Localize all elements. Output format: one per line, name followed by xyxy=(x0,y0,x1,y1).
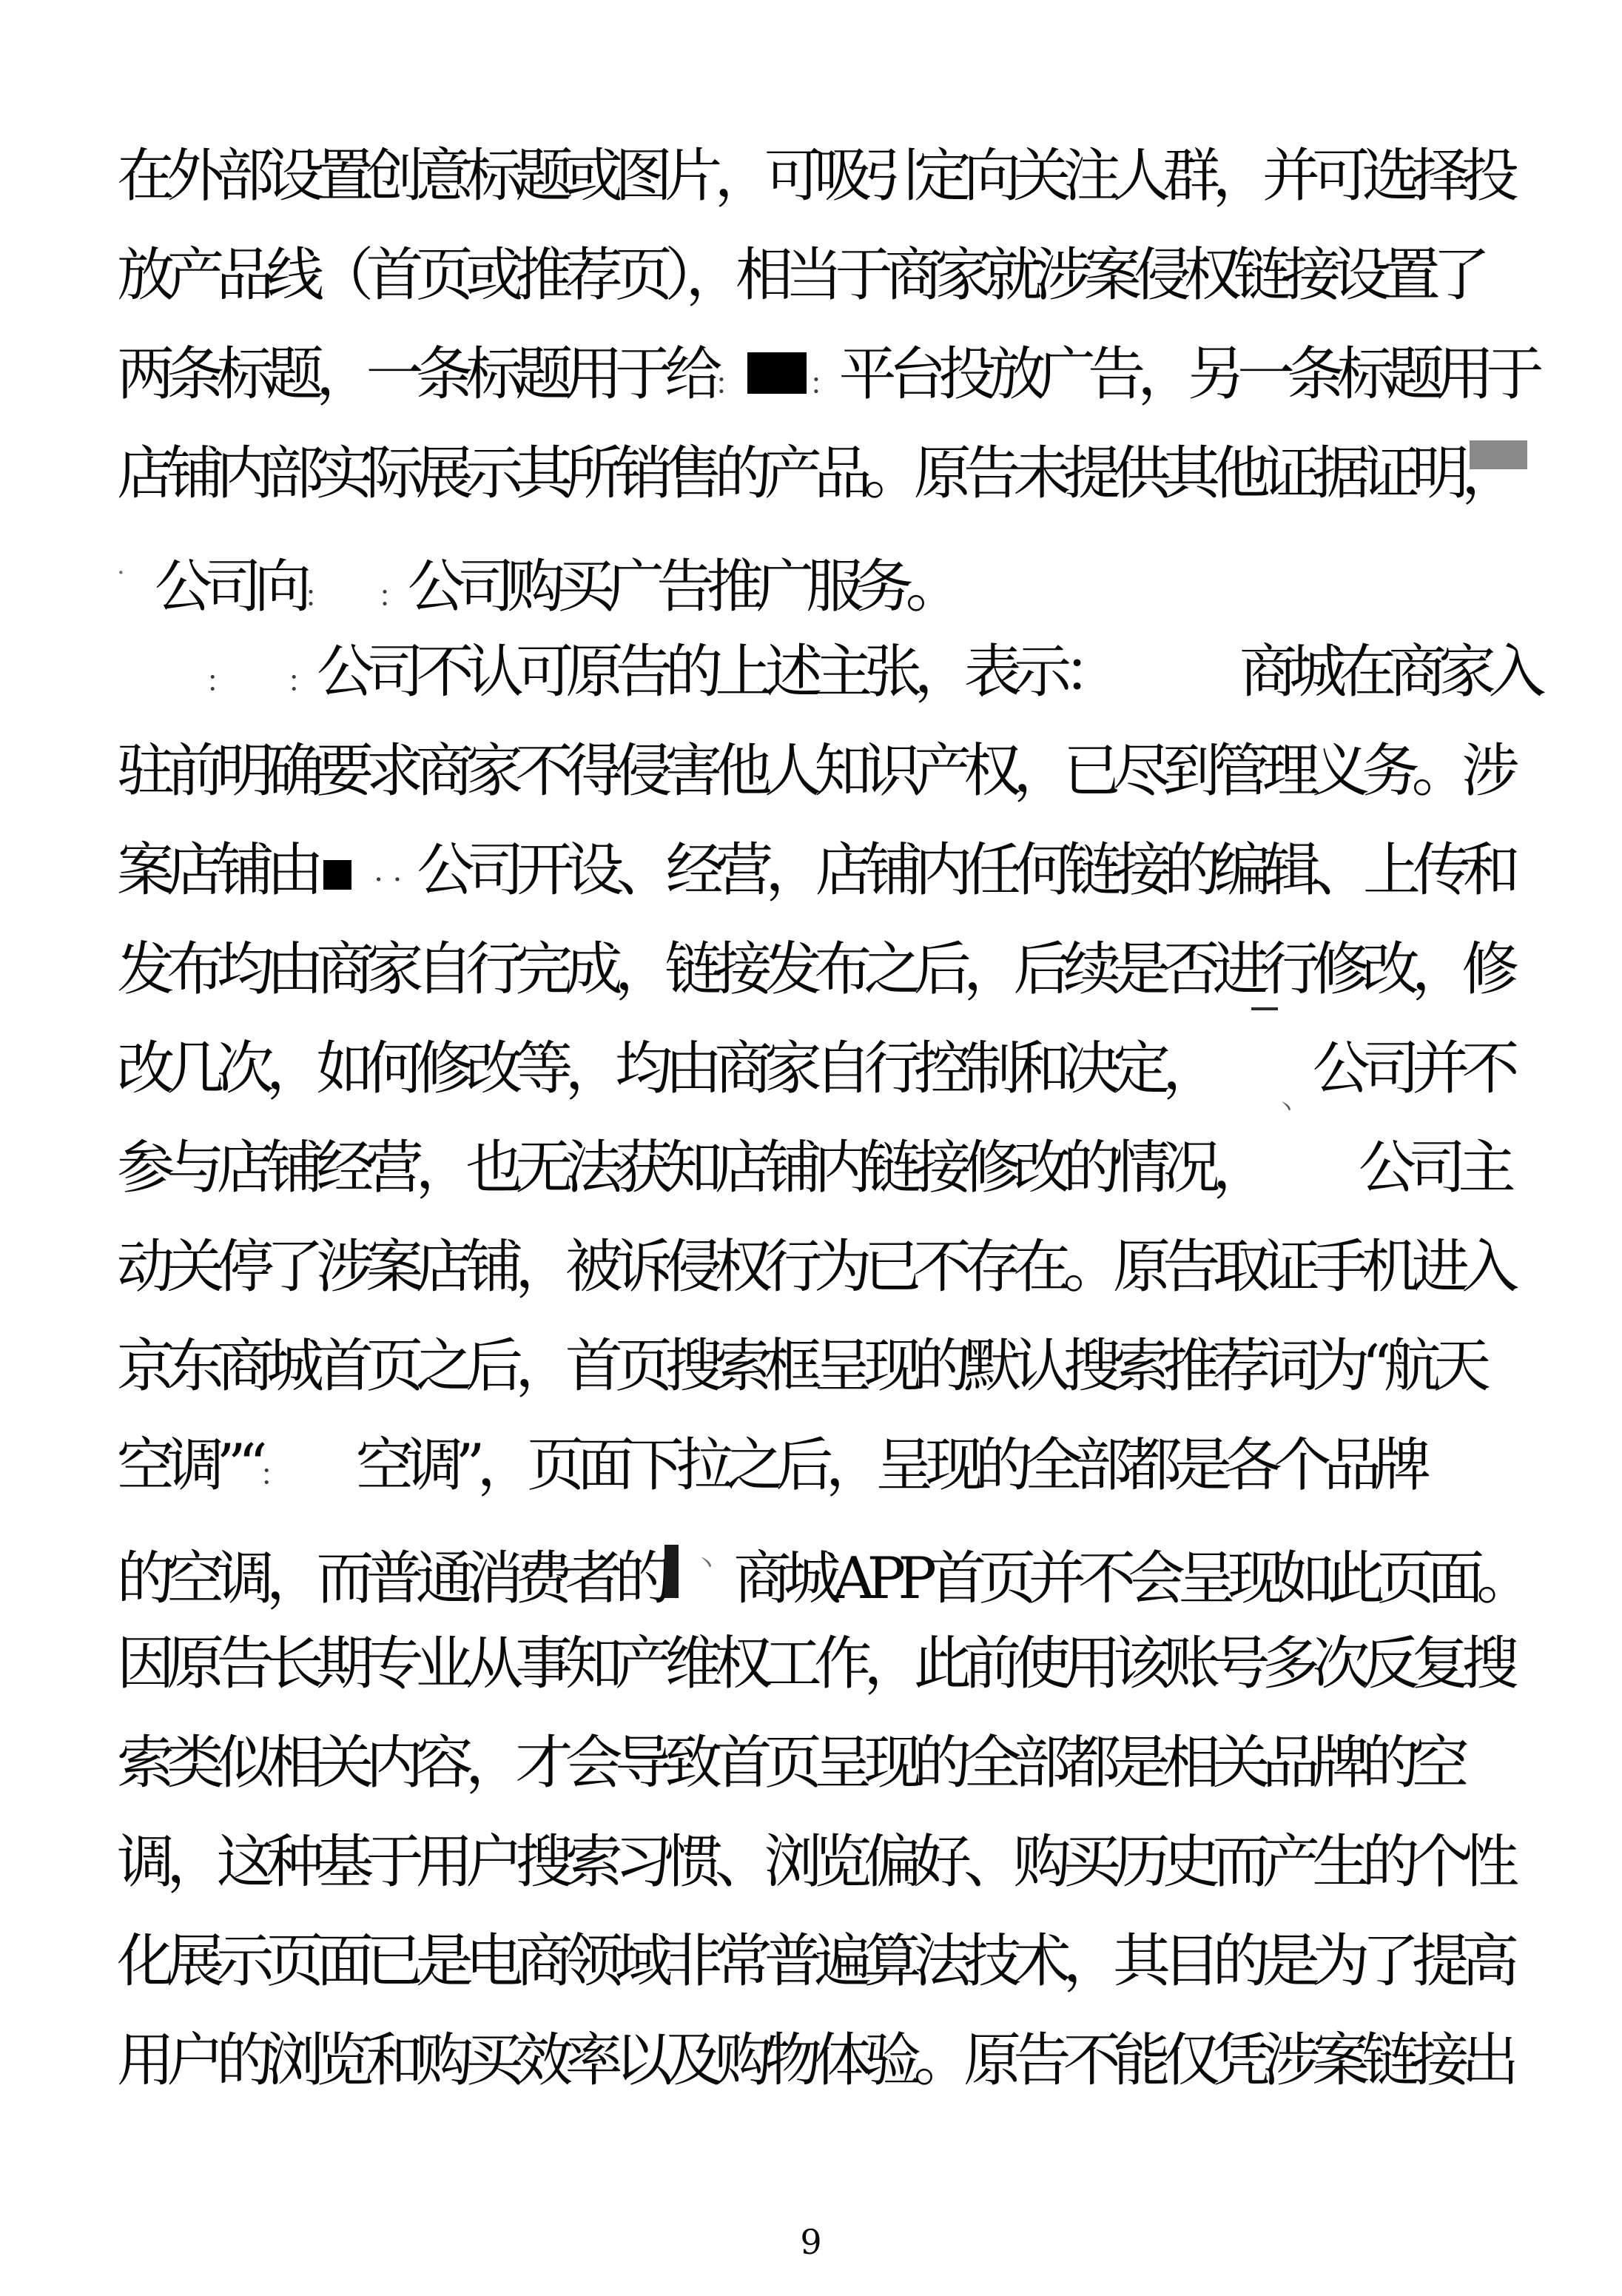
redacted-gap xyxy=(1262,1186,1359,1187)
paragraph-indent xyxy=(117,691,206,691)
redaction-box-gray xyxy=(1470,440,1527,469)
line-segment: 改几次，如何修改等，均由商家自行控制和决定， xyxy=(117,1035,1213,1102)
redacted-gap xyxy=(679,1597,693,1598)
text-line-5: ·公司向：：公司购买广告推广服务。 xyxy=(117,523,1511,622)
redaction-box-black xyxy=(747,352,807,394)
line-segment: 空调”，页面下拉之后，呈现的全部都是各个品牌 xyxy=(356,1432,1423,1499)
line-segment: 商城在商家入 xyxy=(1239,639,1538,705)
text-line-10: 改几次，如何修改等，均由商家自行控制和决定，公司并不 xyxy=(117,1019,1511,1118)
scan-artifact-dots: · · xyxy=(374,830,402,930)
text-line-14: 空调”“：空调”，页面下拉之后，呈现的全部都是各个品牌 xyxy=(117,1416,1511,1515)
redacted-gap xyxy=(402,889,417,890)
text-line-3: 两条标题，一条标题用于给：：平台投放广告，另一条标题用于 xyxy=(117,325,1511,424)
scan-artifact-colon: ： xyxy=(260,1426,289,1525)
line-segment: 参与店铺经营，也无法获知店铺内链接修改的情况， xyxy=(117,1135,1262,1201)
redacted-gap xyxy=(235,691,287,691)
line-segment: 平台投放广告，另一条标题用于 xyxy=(839,341,1536,408)
redacted-gap xyxy=(125,605,155,606)
stray-dash-mark xyxy=(1251,1007,1278,1010)
redaction-square-black xyxy=(323,860,351,890)
text-line-4: 店铺内部实际展示其所销售的产品。原告未提供其他证据证明， xyxy=(117,424,1511,523)
scan-artifact-colon: ： xyxy=(715,335,744,434)
page-number: 9 xyxy=(0,2222,1622,2262)
line-segment: 的空调，而普通消费者的 xyxy=(117,1545,664,1612)
document-page: 在外部设置创意标题或图片，可吸引定向关注人群，并可选择投 放产品线（首页或推荐页… xyxy=(0,0,1622,2296)
text-line-8: 案店铺由· ·公司开设、经营，店铺内任何链接的编辑、上传和 xyxy=(117,821,1511,920)
line-segment: 公司不认可原告的上述主张，表示： xyxy=(317,639,1114,705)
line-segment: 公司并不 xyxy=(1313,1035,1512,1102)
text-line-12: 动关停了涉案店铺，被诉侵权行为已不存在。原告取证手机进入 xyxy=(117,1218,1511,1317)
line-segment: 店铺内部实际展示其所销售的产品。原告未提供其他证据证明， xyxy=(117,440,1511,507)
line-segment: 空调”“ xyxy=(117,1432,260,1499)
text-line-19: 化展示页面已是电商领域非常普遍算法技术，其目的是为了提高 xyxy=(117,1912,1511,2011)
scan-artifact-tick: 丶 xyxy=(693,1515,719,1614)
line-segment: 公司向 xyxy=(155,554,304,620)
text-line-1: 在外部设置创意标题或图片，可吸引定向关注人群，并可选择投 xyxy=(117,127,1511,226)
scan-artifact-colon: ： xyxy=(287,632,317,731)
redacted-gap xyxy=(316,889,323,890)
text-line-17: 索类似相关内容，才会导致首页呈现的全部都是相关品牌的空 xyxy=(117,1713,1511,1813)
text-line-11: 参与店铺经营，也无法获知店铺内链接修改的情况，公司主 丶 xyxy=(117,1118,1511,1218)
line-segment: 案店铺由 xyxy=(117,837,316,904)
text-line-20: 用户的浏览和购买效率以及购物体验。原告不能仅凭涉案链接出 xyxy=(117,2011,1511,2110)
body-text: 在外部设置创意标题或图片，可吸引定向关注人群，并可选择投 放产品线（首页或推荐页… xyxy=(117,127,1511,2110)
redacted-gap xyxy=(289,1484,356,1485)
redacted-gap xyxy=(1114,691,1239,691)
scan-artifact-dot: · xyxy=(117,523,125,622)
text-line-15: 的空调，而普通消费者的丶商城APP首页并不会呈现如此页面。 xyxy=(117,1515,1511,1614)
redacted-gap xyxy=(334,605,378,606)
scan-artifact-colon: ： xyxy=(206,632,235,731)
text-line-6: ：：公司不认可原告的上述主张，表示：商城在商家入 xyxy=(117,622,1511,722)
line-segment: 公司购买广告推广服务。 xyxy=(408,554,955,620)
line-segment: 商城APP首页并不会呈现如此页面。 xyxy=(733,1545,1526,1612)
redacted-gap xyxy=(719,1597,733,1598)
redaction-bar-black xyxy=(664,1545,679,1598)
scan-artifact-colon: ： xyxy=(810,335,839,434)
line-segment: 公司主 xyxy=(1359,1135,1508,1201)
text-line-18: 调，这种基于用户搜索习惯、浏览偏好、购买历史而产生的个性 xyxy=(117,1813,1511,1912)
line-segment: 两条标题，一条标题用于给 xyxy=(117,341,715,408)
text-line-9: 发布均由商家自行完成，链接发布之后，后续是否进行修改，修 xyxy=(117,920,1511,1019)
line-segment: 公司开设、经营，店铺内任何链接的编辑、上传和 xyxy=(417,837,1512,904)
text-line-13: 京东商城首页之后，首页搜索框呈现的默认搜索推荐词为“航天 xyxy=(117,1317,1511,1416)
text-line-16: 因原告长期专业从事知产维权工作，此前使用该账号多次反复搜 xyxy=(117,1614,1511,1713)
stray-tick-mark: 丶 xyxy=(1275,1098,1297,1120)
text-line-7: 驻前明确要求商家不得侵害他人知识产权，已尽到管理义务。涉 xyxy=(117,722,1511,821)
redacted-gap xyxy=(351,889,374,890)
text-line-2: 放产品线（首页或推荐页），相当于商家就涉案侵权链接设置了 xyxy=(117,226,1511,325)
redacted-gap xyxy=(1213,1087,1313,1088)
